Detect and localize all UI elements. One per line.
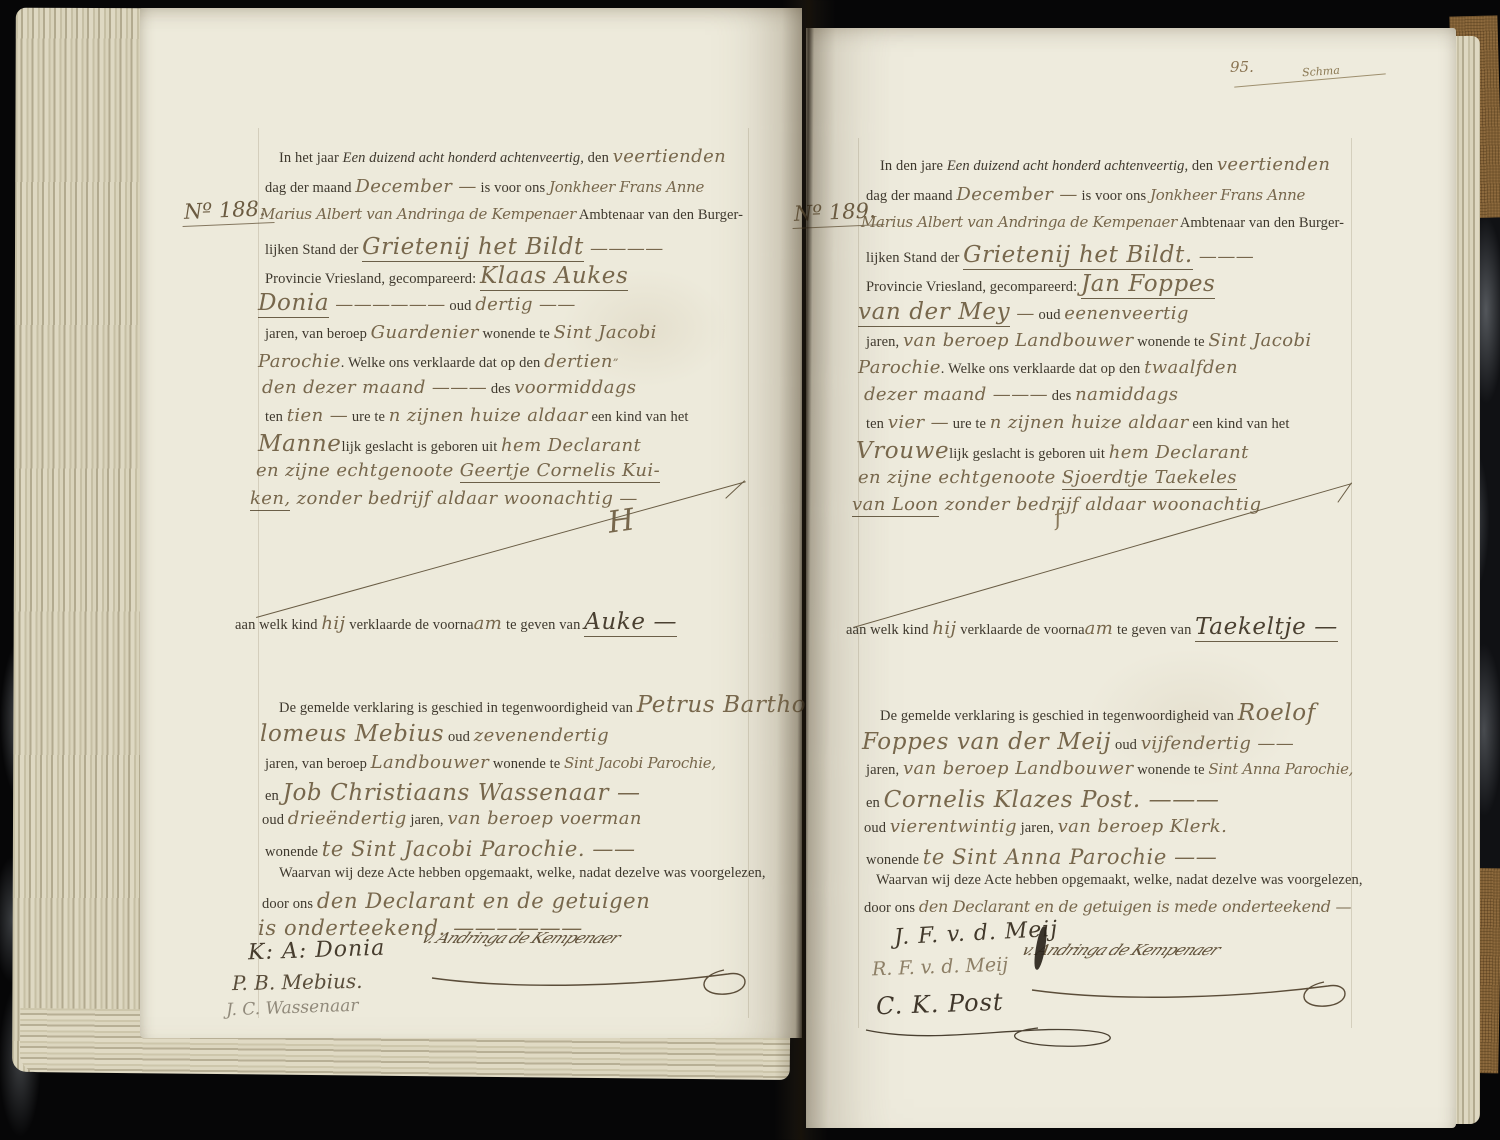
post-signature-flourish (860, 1020, 1130, 1056)
handwritten-fragment: voormiddags (514, 377, 636, 398)
printed-fragment: dag der maand (866, 188, 956, 204)
r189-line-10: ten vier — ure te n zijnen huize aldaar … (866, 412, 1289, 433)
handwritten-fragment: —————— (329, 294, 446, 315)
handwritten-fragment: veertienden (1217, 154, 1330, 175)
r188-line-17: jaren, van beroep Landbouwer wonende te … (265, 752, 716, 773)
handwritten-fragment: ———— (584, 238, 664, 259)
r188-line-09: den dezer maand ——— des voormiddags (262, 377, 636, 398)
r189-line-11: Vrouwelijk geslacht is geboren uit hem D… (856, 438, 1249, 464)
r188-line-07: jaren, van beroep Guardenier wonende te … (265, 322, 657, 343)
printed-fragment: en (265, 788, 283, 804)
printed-fragment: oud (262, 812, 288, 828)
handwritten-fragment: Job Christiaans Wassenaar — (283, 780, 641, 806)
r189-line-19: oud vierentwintig jaren, van beroep Kler… (864, 816, 1227, 837)
printed-fragment: Provincie Vriesland, gecompareerd: (866, 279, 1081, 295)
handwritten-fragment: vier — (888, 412, 949, 433)
page-left: Nº 188. In het jaar Een duizend acht hon… (140, 8, 802, 1038)
handwritten-fragment: December — (956, 184, 1077, 205)
handwritten-fragment: Foppes van der Meij (862, 729, 1111, 755)
handwritten-fragment: eenenveertig (1064, 303, 1189, 324)
printed-fragment: jaren, (1017, 820, 1058, 836)
handwritten-fragment: Jonkheer Frans Anne (1150, 186, 1305, 204)
official-signature-text: v. Andringa de Kempenaer (1018, 941, 1224, 959)
printed-fragment: oud (444, 729, 474, 745)
handwritten-fragment: Sjoerdtje Taekeles (1062, 467, 1237, 490)
handwritten-fragment: Grietenij het Bildt (362, 234, 584, 262)
r189-line-01: In den jare Een duizend acht honderd ach… (880, 154, 1330, 175)
r188-line-10: ten tien — ure te n zijnen huize aldaar … (265, 405, 689, 426)
handwritten-fragment: am (1085, 618, 1114, 639)
printed-fragment: een kind van het (588, 409, 689, 425)
handwritten-fragment: vijfendertig —— (1141, 733, 1294, 754)
register-book-scan: Nº 188. In het jaar Een duizend acht hon… (0, 0, 1500, 1140)
printed-fragment: door ons (864, 900, 919, 916)
handwritten-fragment: Marius Albert van Andringa de Kempenaer (861, 213, 1177, 231)
handwritten-fragment: en zijne echtgenoote (256, 460, 460, 481)
handwritten-fragment: tien — (287, 405, 348, 426)
r189-line-14: aan welk kind hij verklaarde de voornaam… (846, 614, 1338, 640)
handwritten-fragment: te Sint Jacobi Parochie. —— (322, 837, 636, 861)
printed-fragment: Een duizend acht honderd achtenveertig, (947, 158, 1188, 174)
handwritten-fragment: veertienden (613, 146, 726, 167)
handwritten-fragment: am (474, 613, 503, 634)
r189-line-22: door ons den Declarant en de getuigen is… (864, 897, 1351, 917)
handwritten-fragment: Vrouwe (856, 438, 949, 464)
printed-fragment: wonende te (489, 756, 564, 772)
handwritten-fragment: den dezer maand ——— (262, 377, 487, 398)
handwritten-fragment: van beroep Klerk. (1058, 816, 1228, 837)
handwritten-fragment: Sint Anna Parochie, (1208, 760, 1353, 778)
printed-fragment: is voor ons (1078, 188, 1150, 204)
r188-line-13: ken, zonder bedrijf aldaar woonachtig — (250, 488, 638, 509)
printed-fragment: des (487, 381, 514, 397)
handwritten-fragment: en zijne echtgenoote (858, 467, 1062, 488)
handwritten-fragment: ken, (250, 488, 290, 511)
printed-fragment: en (866, 795, 884, 811)
r188-line-14: aan welk kind hij verklaarde de voornaam… (235, 609, 677, 635)
printed-fragment: jaren, (407, 812, 448, 828)
handwritten-fragment: van beroep Landbouwer (903, 758, 1134, 779)
handwritten-fragment: Grietenij het Bildt. (963, 242, 1193, 270)
signature-witness-mebius: P. B. Mebius. (232, 969, 363, 995)
r189-line-21: Waarvan wij deze Acte hebben opgemaakt, … (876, 871, 1363, 889)
handwritten-fragment: zevenendertig (474, 725, 609, 746)
handwritten-fragment: Cornelis Klazes Post. ——— (884, 787, 1220, 813)
r188-line-11: Mannelijk geslacht is geboren uit hem De… (258, 431, 641, 457)
paraph-mark: H (606, 502, 637, 540)
handwritten-fragment: n zijnen huize aldaar (389, 405, 588, 426)
printed-fragment: aan welk kind (846, 622, 932, 638)
handwritten-fragment: twaalfden (1144, 357, 1238, 378)
printed-fragment: jaren, (866, 334, 903, 350)
handwritten-fragment: hem Declarant (1109, 442, 1249, 463)
handwritten-fragment: Geertje Cornelis Kui- (460, 460, 660, 483)
printed-fragment: Ambtenaar van den Burger- (1177, 215, 1344, 231)
printed-fragment: In den jare (880, 158, 947, 174)
r188-line-04: lijken Stand der Grietenij het Bildt ———… (265, 234, 664, 260)
r189-line-03: Marius Albert van Andringa de Kempenaer … (861, 213, 1344, 232)
printed-fragment: den (584, 150, 613, 166)
handwritten-fragment: Sint Jacobi (554, 322, 657, 343)
official-signature-flourish (1028, 964, 1358, 1010)
printed-fragment: De gemelde verklaring is geschied in teg… (279, 700, 637, 716)
printed-fragment: den (1188, 158, 1217, 174)
handwritten-fragment: — (1010, 303, 1035, 324)
handwritten-fragment: Jonkheer Frans Anne (549, 178, 704, 196)
printed-fragment: jaren, (866, 762, 903, 778)
handwritten-fragment: Manne (258, 431, 342, 457)
printed-fragment: jaren, van beroep (265, 326, 371, 342)
handwritten-fragment: den Declarant en de getuigen (317, 889, 650, 913)
r189-line-07: jaren, van beroep Landbouwer wonende te … (866, 330, 1312, 351)
handwritten-fragment: van der Mey (858, 299, 1010, 327)
printed-fragment: . Welke ons verklaarde dat op den (941, 361, 1144, 377)
handwritten-fragment: zonder bedrijf aldaar woonachtig (939, 494, 1262, 515)
r189-line-06: van der Mey — oud eenenveertig (858, 299, 1189, 325)
printed-fragment: wonende (265, 844, 322, 860)
printed-fragment: verklaarde de voorna (346, 617, 474, 633)
r188-line-02: dag der maand December — is voor ons Jon… (265, 176, 704, 197)
printed-fragment: ure te (348, 409, 389, 425)
r188-line-08: Parochie. Welke ons verklaarde dat op de… (258, 350, 619, 372)
r189-line-04: lijken Stand der Grietenij het Bildt. ——… (866, 242, 1254, 268)
printed-fragment: oud (1111, 737, 1141, 753)
r189-line-05: Provincie Vriesland, gecompareerd: Jan F… (866, 271, 1215, 297)
printed-fragment: Een duizend acht honderd achtenveertig, (343, 150, 584, 166)
r188-line-06: Donia —————— oud dertig —— (258, 290, 576, 316)
r188-line-21: Waarvan wij deze Acte hebben opgemaakt, … (279, 864, 766, 882)
signature-witness-post: C. K. Post (876, 988, 1004, 1020)
r188-line-01: In het jaar Een duizend acht honderd ach… (279, 146, 726, 167)
child-name: Taekeltje — (1195, 614, 1338, 642)
printed-fragment: Provincie Vriesland, gecompareerd: (265, 271, 480, 287)
r188-line-19: oud drieëndertig jaren, van beroep voerm… (262, 808, 642, 829)
r189-line-15: De gemelde verklaring is geschied in teg… (880, 700, 1316, 726)
handwritten-fragment: Sint Jacobi (1208, 330, 1311, 351)
printed-fragment: te geven van (1113, 622, 1195, 638)
r188-line-22: door ons den Declarant en de getuigen (262, 889, 650, 913)
handwritten-fragment: hem Declarant (501, 435, 641, 456)
printed-fragment: aan welk kind (235, 617, 321, 633)
printed-fragment: wonende (866, 852, 923, 868)
handwritten-fragment: Klaas Aukes (480, 263, 628, 291)
handwritten-fragment: vierentwintig (890, 816, 1017, 837)
r189-line-09: dezer maand ——— des namiddags (864, 384, 1178, 405)
printed-fragment: dag der maand (265, 180, 355, 196)
printed-fragment: een kind van het (1189, 416, 1290, 432)
handwritten-fragment: zonder bedrijf aldaar woonachtig — (290, 488, 637, 509)
r188-line-12: en zijne echtgenoote Geertje Cornelis Ku… (256, 460, 660, 481)
printed-fragment: lijk geslacht is geboren uit (342, 439, 502, 455)
printed-fragment: oud (864, 820, 890, 836)
r188-line-16: lomeus Mebius oud zevenendertig (260, 721, 609, 747)
printed-fragment: wonende te (1133, 762, 1208, 778)
r188-line-03: Marius Albert van Andringa de Kempenaer … (260, 205, 743, 224)
handwritten-fragment: te Sint Anna Parochie —— (923, 845, 1218, 869)
printed-fragment: lijken Stand der (265, 242, 362, 258)
page-number-text: 95. (1230, 58, 1254, 76)
r189-line-08: Parochie. Welke ons verklaarde dat op de… (858, 357, 1238, 378)
handwritten-fragment: Jan Foppes (1081, 271, 1215, 299)
printed-fragment: lijk geslacht is geboren uit (949, 446, 1109, 462)
handwritten-fragment: hij (321, 613, 345, 634)
printed-fragment: ure te (949, 416, 990, 432)
printed-fragment: te geven van (502, 617, 584, 633)
printed-fragment: Waarvan wij deze Acte hebben opgemaakt, … (876, 872, 1363, 888)
r188-line-20: wonende te Sint Jacobi Parochie. —— (265, 837, 636, 861)
handwritten-fragment: van Loon (852, 494, 939, 517)
printed-fragment: . Welke ons verklaarde dat op den (341, 355, 544, 371)
handwritten-fragment: dezer maand ——— (864, 384, 1048, 405)
printed-fragment: lijken Stand der (866, 250, 963, 266)
signature-witness-wassenaar: J. C. Wassenaar (226, 996, 359, 1021)
handwritten-fragment: Parochie (258, 351, 341, 372)
printed-fragment: In het jaar (279, 150, 343, 166)
signature-witness-meij: R. F. v. d. Meij (872, 954, 1009, 981)
printed-fragment: is voor ons (477, 180, 549, 196)
handwritten-fragment: n zijnen huize aldaar (990, 412, 1189, 433)
handwritten-fragment: hij (932, 618, 956, 639)
r189-line-16: Foppes van der Meij oud vijfendertig —— (862, 729, 1294, 755)
printed-fragment: door ons (262, 896, 317, 912)
handwritten-fragment: dertien (544, 351, 613, 372)
handwritten-fragment: drieëndertig (288, 808, 407, 829)
printed-fragment: verklaarde de voorna (957, 622, 1085, 638)
handwritten-fragment: Marius Albert van Andringa de Kempenaer (260, 205, 576, 223)
handwritten-fragment: Roelof (1238, 700, 1316, 726)
printed-fragment: Waarvan wij deze Acte hebben opgemaakt, … (279, 865, 766, 881)
handwritten-fragment: Donia (258, 290, 329, 318)
official-signature-flourish (428, 952, 758, 998)
handwritten-fragment: Guardenier (371, 322, 479, 343)
handwritten-fragment: lomeus Mebius (260, 721, 444, 747)
r189-line-12: en zijne echtgenoote Sjoerdtje Taekeles (858, 467, 1237, 488)
printed-fragment: jaren, van beroep (265, 756, 371, 772)
official-signature-text: v. Andringa de Kempenaer (418, 929, 624, 947)
printed-fragment: oud (1035, 307, 1065, 323)
page-right: 95. Schma Nº 189. In den jare Een duizen… (806, 28, 1456, 1128)
printed-fragment: des (1048, 388, 1075, 404)
printed-fragment: wonende te (479, 326, 554, 342)
margin-guide-line (858, 138, 859, 1028)
r188-line-05: Provincie Vriesland, gecompareerd: Klaas… (265, 263, 628, 289)
printed-fragment: ten (265, 409, 287, 425)
handwritten-fragment: ——— (1193, 246, 1254, 267)
handwritten-fragment: December — (355, 176, 476, 197)
r189-line-17: jaren, van beroep Landbouwer wonende te … (866, 758, 1353, 779)
r189-line-20: wonende te Sint Anna Parochie —— (866, 845, 1217, 869)
handwritten-fragment: Landbouwer (371, 752, 489, 773)
handwritten-fragment: dertig —— (475, 294, 576, 315)
signature-official: v. Andringa de Kempenaer (432, 928, 610, 947)
r188-line-18: en Job Christiaans Wassenaar — (265, 780, 641, 806)
handwritten-fragment: Parochie (858, 357, 941, 378)
printed-fragment: wonende te (1133, 334, 1208, 350)
r188-line-15: De gemelde verklaring is geschied in teg… (279, 692, 815, 718)
signature-declarant-donia: K: A: Donia (248, 936, 386, 966)
handwritten-fragment: „ (613, 350, 619, 363)
handwritten-fragment: namiddags (1075, 384, 1178, 405)
printed-fragment: ten (866, 416, 888, 432)
signature-official: v. Andringa de Kempenaer (1032, 940, 1210, 959)
r189-line-02: dag der maand December — is voor ons Jon… (866, 184, 1305, 205)
margin-guide-line (748, 128, 749, 1018)
margin-guide-line (258, 128, 259, 1018)
child-name: Auke — (584, 609, 677, 637)
page-number: 95. (1230, 58, 1254, 77)
handwritten-fragment: Sint Jacobi Parochie, (564, 754, 716, 772)
handwritten-fragment: van beroep Landbouwer (903, 330, 1134, 351)
r189-line-18: en Cornelis Klazes Post. ——— (866, 787, 1219, 813)
handwritten-fragment: van beroep voerman (447, 808, 642, 829)
handwritten-fragment: den Declarant en de getuigen is mede ond… (919, 897, 1351, 916)
gutter-shadow (774, 0, 836, 1140)
margin-guide-line (1351, 138, 1352, 1028)
printed-fragment: oud (446, 298, 476, 314)
page-edges-left-stack (12, 8, 148, 1072)
printed-fragment: De gemelde verklaring is geschied in teg… (880, 708, 1238, 724)
officiant-paraph: H (606, 502, 637, 540)
printed-fragment: Ambtenaar van den Burger- (576, 207, 743, 223)
